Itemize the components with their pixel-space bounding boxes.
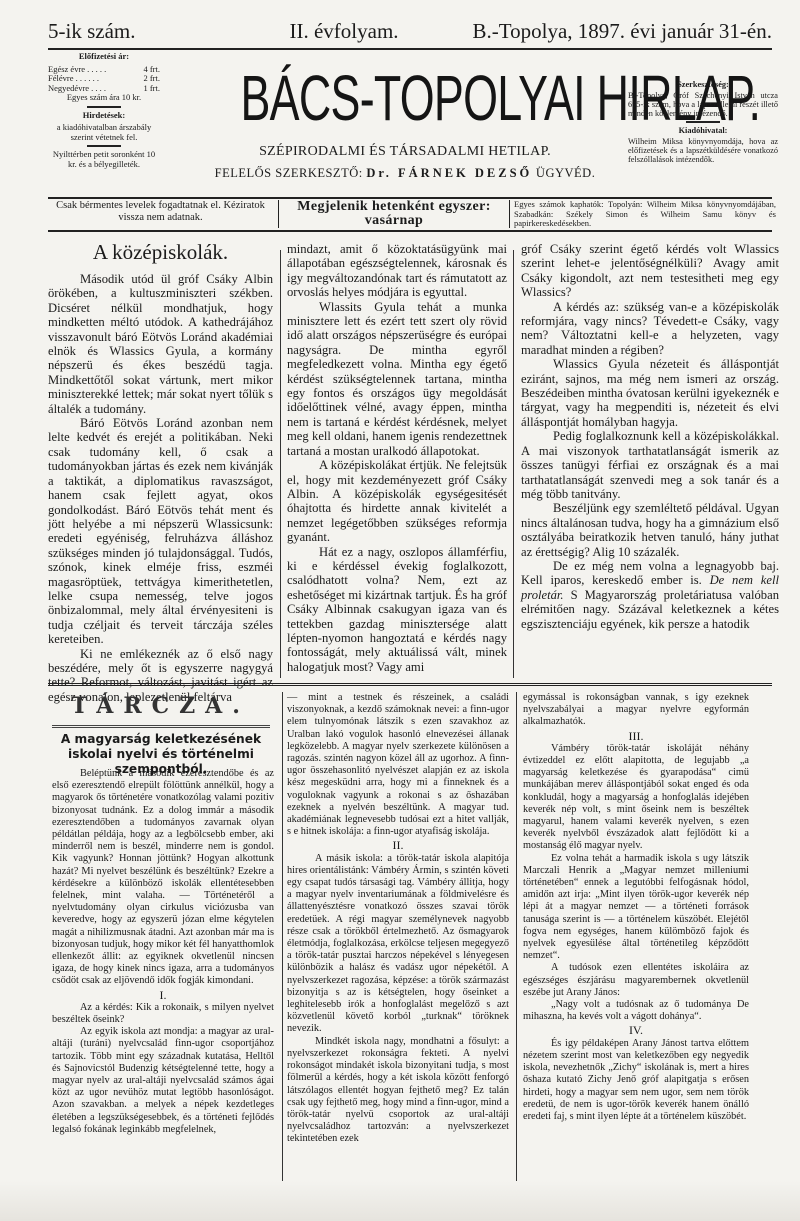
divider: [87, 145, 121, 147]
masthead: BÁCS-TOPOLYAI HIRLAP. SZÉPIRODALMI ÉS TÁ…: [170, 66, 640, 181]
letters-notice: Csak bérmentes levelek fogadtatnak el. K…: [48, 200, 273, 224]
subscription-heading: Előfizetési ár:: [48, 52, 160, 62]
notice-rule-bottom: [48, 230, 772, 232]
issue-number: 5-ik szám.: [48, 19, 135, 44]
column-divider: [516, 692, 517, 1192]
divider: [87, 106, 121, 108]
lead-article-col-3: gróf Csáky szerint égető kérdés volt Wla…: [521, 242, 779, 631]
copies-notice: Egyes számok kaphatók: Topolyán: Wilheim…: [514, 200, 776, 229]
newspaper-page: 5-ik szám. II. évfolyam. B.-Topolya, 189…: [0, 0, 800, 1221]
ads-heading: Hirdetések:: [48, 111, 160, 121]
page-edge-shadow: [0, 1181, 800, 1221]
newspaper-title: BÁCS-TOPOLYAI HIRLAP.: [241, 66, 570, 130]
section-rule: [48, 683, 772, 686]
lead-article-title: A középiskolák.: [48, 240, 273, 265]
editorial-office-box: Szerkesztőség: B.-Topolya, Gróf Széchény…: [628, 78, 778, 164]
feuilleton-rule: [52, 725, 270, 728]
single-copy-price: Egyes szám ára 10 kr.: [48, 93, 160, 103]
divider: [686, 121, 720, 123]
open-space-text: Nyilttérben petit soronként 10 kr. és a …: [48, 150, 160, 169]
ads-text: a kiadóhivatalban árszabály szerint véte…: [48, 123, 160, 142]
issue-date: B.-Topolya, 1897. évi január 31-én.: [473, 19, 772, 44]
editor-line: FELELŐS SZERKESZTŐ: Dr. FÁRNEK DEZSŐ ÜGY…: [170, 166, 640, 181]
issue-header: 5-ik szám. II. évfolyam. B.-Topolya, 189…: [48, 14, 772, 44]
subscription-box: Előfizetési ár: Egész évre . . . . .4 fr…: [48, 50, 160, 169]
column-divider: [513, 250, 514, 678]
lead-article-col-2: mindazt, amit ő közoktatásügyünk mai áll…: [287, 242, 507, 674]
feuilleton-col-2: — mint a testnek és részeinek, a családi…: [287, 692, 509, 1146]
feuilleton-heading: TÁRCZA.: [48, 693, 273, 719]
editorial-heading: Szerkesztőség:: [628, 80, 778, 89]
publisher-heading: Kiadóhivatal:: [628, 126, 778, 135]
feuilleton-col-3: egymással is rokonságban vannak, s igy e…: [523, 692, 749, 1123]
feuilleton-col-1: Beléptünk a második ezeresztendőbe és az…: [52, 768, 274, 1136]
newspaper-subtitle: SZÉPIRODALMI ÉS TÁRSADALMI HETILAP.: [170, 144, 640, 160]
appears-notice: Megjelenik hetenként egyszer: vasárnap: [278, 200, 510, 228]
volume-number: II. évfolyam.: [289, 19, 398, 44]
lead-article-col-1: Második utód ül gróf Csáky Albin örökébe…: [48, 272, 273, 704]
column-divider: [282, 692, 283, 1192]
publisher-text: Wilheim Miksa könyvnyomdája, hova az elő…: [628, 137, 778, 164]
column-divider: [280, 250, 281, 678]
editorial-text: B.-Topolya, Gróf Széchényi István utcza …: [628, 91, 778, 118]
editor-name: Dr. FÁRNEK DEZSŐ: [366, 166, 532, 180]
